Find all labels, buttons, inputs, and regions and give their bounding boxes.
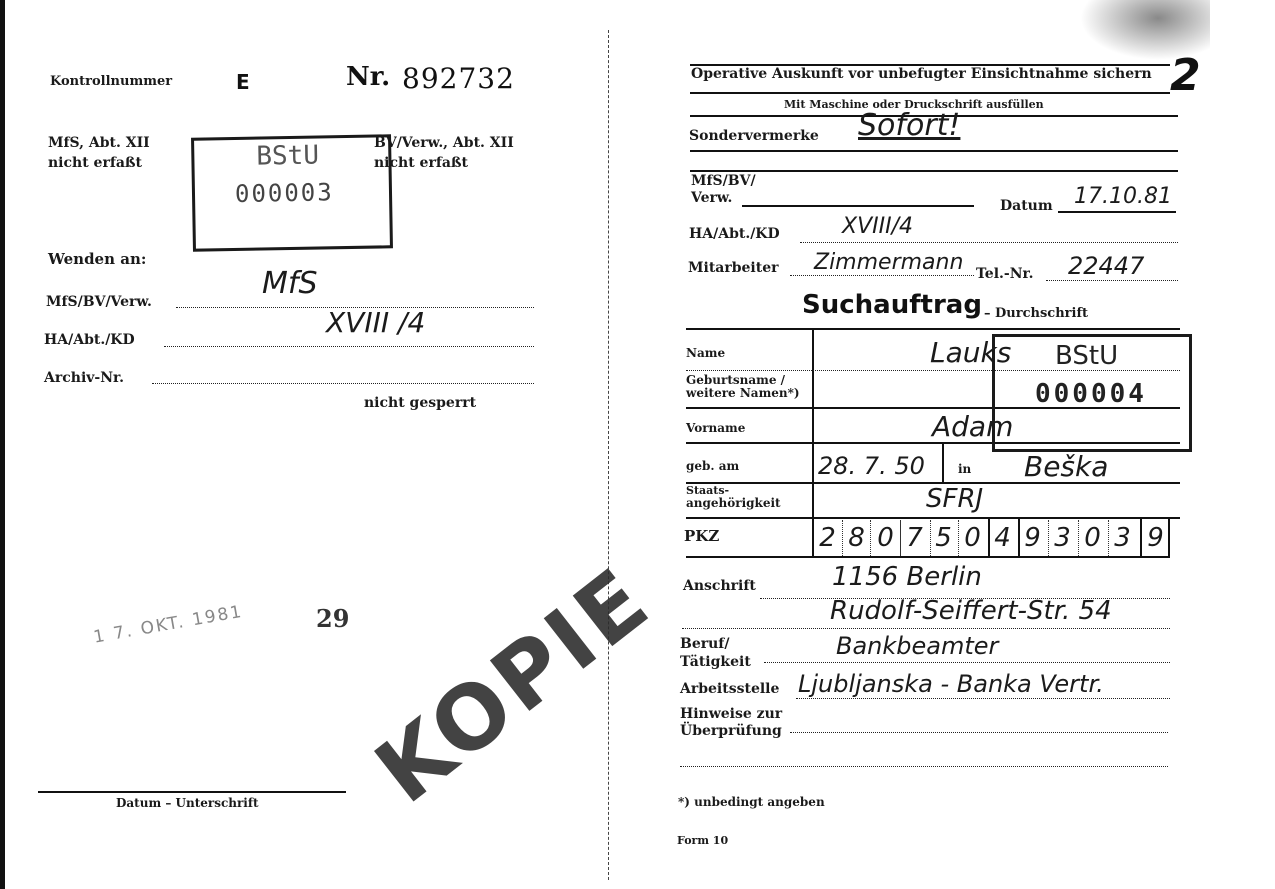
stamp-left-line2: 000003 — [235, 178, 334, 208]
kopie-stamp: KOPIE — [357, 547, 670, 823]
archiv-nr-label: Archiv-Nr. — [44, 370, 124, 386]
datum-value[interactable]: 17.10.81 — [1074, 184, 1172, 209]
staatsangehoerigkeit-value[interactable]: SFRJ — [926, 484, 983, 514]
arbeitsstelle-label: Arbeitsstelle — [680, 681, 779, 697]
arbeitsstelle-value[interactable]: Ljubljanska - Banka Vertr. — [798, 670, 1104, 698]
ha-abt-kd-label: HA/Abt./KD — [44, 332, 135, 348]
pkz-digit: 3 — [1107, 519, 1138, 557]
stamp-right-line2: 000004 — [1035, 379, 1147, 409]
date-stamp: 1 7. OKT. 1981 — [92, 602, 245, 648]
fold-line — [608, 30, 609, 880]
form-subtitle: – Durchschrift — [984, 306, 1088, 321]
tel-nr-value[interactable]: 22447 — [1068, 252, 1144, 280]
tel-nr-label: Tel.-Nr. — [976, 266, 1033, 282]
anschrift-label: Anschrift — [683, 578, 756, 594]
ha-abt-kd-value[interactable]: XVIII /4 — [326, 306, 425, 339]
mfs-bv-verw-label: MfS/BV/Verw. — [46, 294, 152, 310]
mitarbeiter-value[interactable]: Zimmermann — [814, 250, 963, 275]
mfs-abt-label-2: nicht erfaßt — [48, 155, 142, 171]
ha-abt-kd-value[interactable]: XVIII/4 — [842, 214, 913, 239]
form-title: Suchauftrag — [802, 290, 982, 320]
geburtsname-label-2: weitere Namen*) — [686, 387, 800, 400]
vorname-label: Vorname — [686, 422, 745, 435]
date-stamp-text: 1 7. OKT. 1981 — [92, 602, 245, 648]
ink-smudge — [1080, 0, 1210, 60]
mfs-bv-verw-value[interactable]: MfS — [262, 266, 318, 301]
footnote: *) unbedingt angeben — [678, 796, 825, 809]
form-number: Form 10 — [677, 834, 728, 847]
kontrollnummer-letter: E — [236, 70, 250, 94]
mfs-abt-label-1: MfS, Abt. XII — [48, 135, 150, 151]
mfs-bv-verw-label-1: MfS/BV/ — [691, 173, 756, 189]
geburtsort-value[interactable]: Beška — [1024, 450, 1108, 483]
pkz-digit: 0 — [957, 519, 988, 557]
geb-am-value[interactable]: 28. 7. 50 — [818, 452, 925, 480]
staatsangehoerigkeit-label-2: angehörigkeit — [686, 497, 781, 510]
name-label: Name — [686, 347, 725, 360]
anschrift-line1[interactable]: 1156 Berlin — [832, 562, 982, 592]
date-stamp-number: 29 — [316, 604, 349, 633]
sondervermerke-label: Sondervermerke — [689, 128, 819, 144]
pkz-digit: 4 — [987, 519, 1018, 557]
pkz-digit: 3 — [1047, 519, 1078, 557]
pkz-digit: 7 — [899, 519, 930, 557]
signature-line — [38, 791, 346, 793]
mitarbeiter-label: Mitarbeiter — [688, 260, 779, 276]
stamp-right-line1: BStU — [1055, 341, 1118, 371]
beruf-label-1: Beruf/ — [680, 636, 729, 652]
wenden-an-label: Wenden an: — [48, 250, 146, 268]
bstu-stamp-right: BStU 000004 — [992, 334, 1192, 452]
bv-verw-label-1: BV/Verw., Abt. XII — [374, 135, 514, 151]
nr-value: 892732 — [402, 62, 515, 95]
pkz-digit: 2 — [812, 519, 843, 557]
mfs-bv-verw-label-2: Verw. — [691, 190, 732, 206]
header-title: Operative Auskunft vor unbefugter Einsic… — [691, 66, 1152, 82]
beruf-label-2: Tätigkeit — [680, 654, 751, 670]
nr-label: Nr. — [346, 62, 390, 92]
in-label: in — [958, 463, 971, 476]
pkz-digit: 5 — [928, 519, 959, 557]
nicht-gesperrt-label: nicht gesperrt — [364, 395, 476, 411]
pkz-digit: 8 — [841, 519, 872, 557]
datum-label: Datum — [1000, 198, 1053, 214]
bstu-stamp-left: BStU 000003 — [191, 134, 393, 251]
pkz-label: PKZ — [684, 527, 719, 545]
pkz-digit: 9 — [1140, 519, 1171, 557]
pkz-digit: 0 — [1077, 519, 1108, 557]
hinweise-label-1: Hinweise zur — [680, 706, 782, 722]
sondervermerke-value[interactable]: Sofort! — [858, 108, 960, 143]
scan-edge — [0, 0, 5, 889]
anschrift-line2[interactable]: Rudolf-Seiffert-Str. 54 — [830, 596, 1112, 626]
geb-am-label: geb. am — [686, 460, 739, 473]
hinweise-label-2: Überprüfung — [680, 723, 782, 739]
ha-abt-kd-label: HA/Abt./KD — [689, 226, 780, 242]
pkz-digit: 9 — [1017, 519, 1048, 557]
pkz-digit: 0 — [870, 519, 901, 557]
datum-unterschrift-label: Datum – Unterschrift — [116, 796, 259, 810]
kontrollnummer-label: Kontrollnummer — [50, 74, 172, 89]
beruf-value[interactable]: Bankbeamter — [836, 632, 998, 660]
stamp-left-line1: BStU — [256, 141, 319, 172]
